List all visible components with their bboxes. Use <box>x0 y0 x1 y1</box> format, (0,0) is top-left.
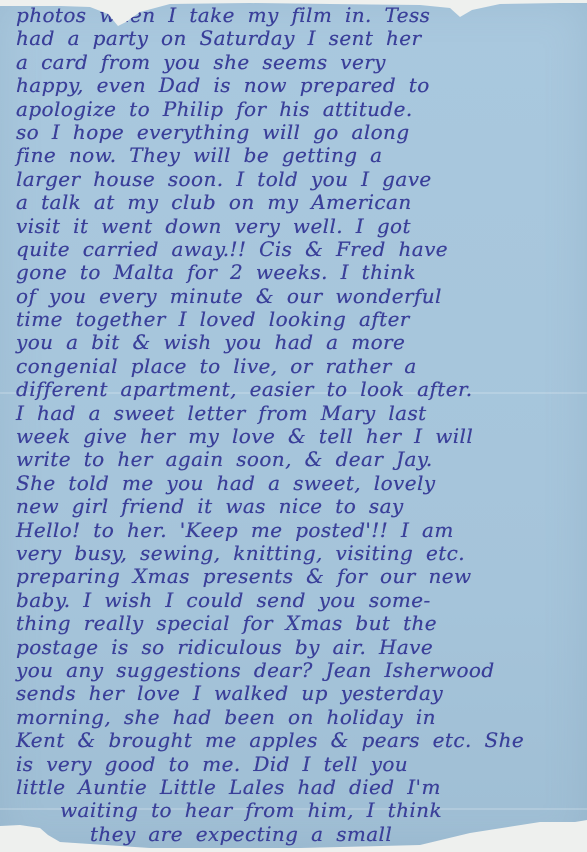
blue-letter-paper: photos when I take my film in. Tess had … <box>0 0 587 852</box>
letter-line: different apartment, easier to look afte… <box>16 378 576 401</box>
letter-line: morning, she had been on holiday in <box>16 706 576 729</box>
letter-line: write to her again soon, & dear Jay. <box>16 448 576 471</box>
letter-line: photos when I take my film in. Tess <box>16 4 576 27</box>
letter-line: Kent & brought me apples & pears etc. Sh… <box>16 729 576 752</box>
letter-line: postage is so ridiculous by air. Have <box>16 636 576 659</box>
letter-line: preparing Xmas presents & for our new <box>16 565 576 588</box>
letter-line: apologize to Philip for his attitude. <box>16 98 576 121</box>
letter-line: you any suggestions dear? Jean Isherwood <box>16 659 576 682</box>
letter-line: little Auntie Little Lales had died I'm <box>16 776 576 799</box>
letter-line: fine now. They will be getting a <box>16 144 576 167</box>
letter-line: very busy, sewing, knitting, visiting et… <box>16 542 576 565</box>
letter-line: waiting to hear from him, I think <box>16 799 576 822</box>
letter-line: they are expecting a small <box>16 823 576 846</box>
letter-line: new girl friend it was nice to say <box>16 495 576 518</box>
letter-line: thing really special for Xmas but the <box>16 612 576 635</box>
letter-line: larger house soon. I told you I gave <box>16 168 576 191</box>
letter-line: a card from you she seems very <box>16 51 576 74</box>
letter-line: had a party on Saturday I sent her <box>16 27 576 50</box>
scanned-page: photos when I take my film in. Tess had … <box>0 0 587 852</box>
letter-line: baby. I wish I could send you some- <box>16 589 576 612</box>
handwritten-letter-body: photos when I take my film in. Tess had … <box>16 4 576 846</box>
letter-line: quite carried away.!! Cis & Fred have <box>16 238 576 261</box>
letter-line: congenial place to live, or rather a <box>16 355 576 378</box>
letter-line: a talk at my club on my American <box>16 191 576 214</box>
letter-line: Hello! to her. 'Keep me posted'!! I am <box>16 519 576 542</box>
letter-line: is very good to me. Did I tell you <box>16 753 576 776</box>
letter-line: happy, even Dad is now prepared to <box>16 74 576 97</box>
letter-line: so I hope everything will go along <box>16 121 576 144</box>
letter-line: gone to Malta for 2 weeks. I think <box>16 261 576 284</box>
letter-line: She told me you had a sweet, lovely <box>16 472 576 495</box>
letter-line: time together I loved looking after <box>16 308 576 331</box>
letter-line: I had a sweet letter from Mary last <box>16 402 576 425</box>
letter-line: sends her love I walked up yesterday <box>16 682 576 705</box>
letter-line: week give her my love & tell her I will <box>16 425 576 448</box>
letter-line: you a bit & wish you had a more <box>16 331 576 354</box>
letter-line: of you every minute & our wonderful <box>16 285 576 308</box>
letter-line: visit it went down very well. I got <box>16 215 576 238</box>
